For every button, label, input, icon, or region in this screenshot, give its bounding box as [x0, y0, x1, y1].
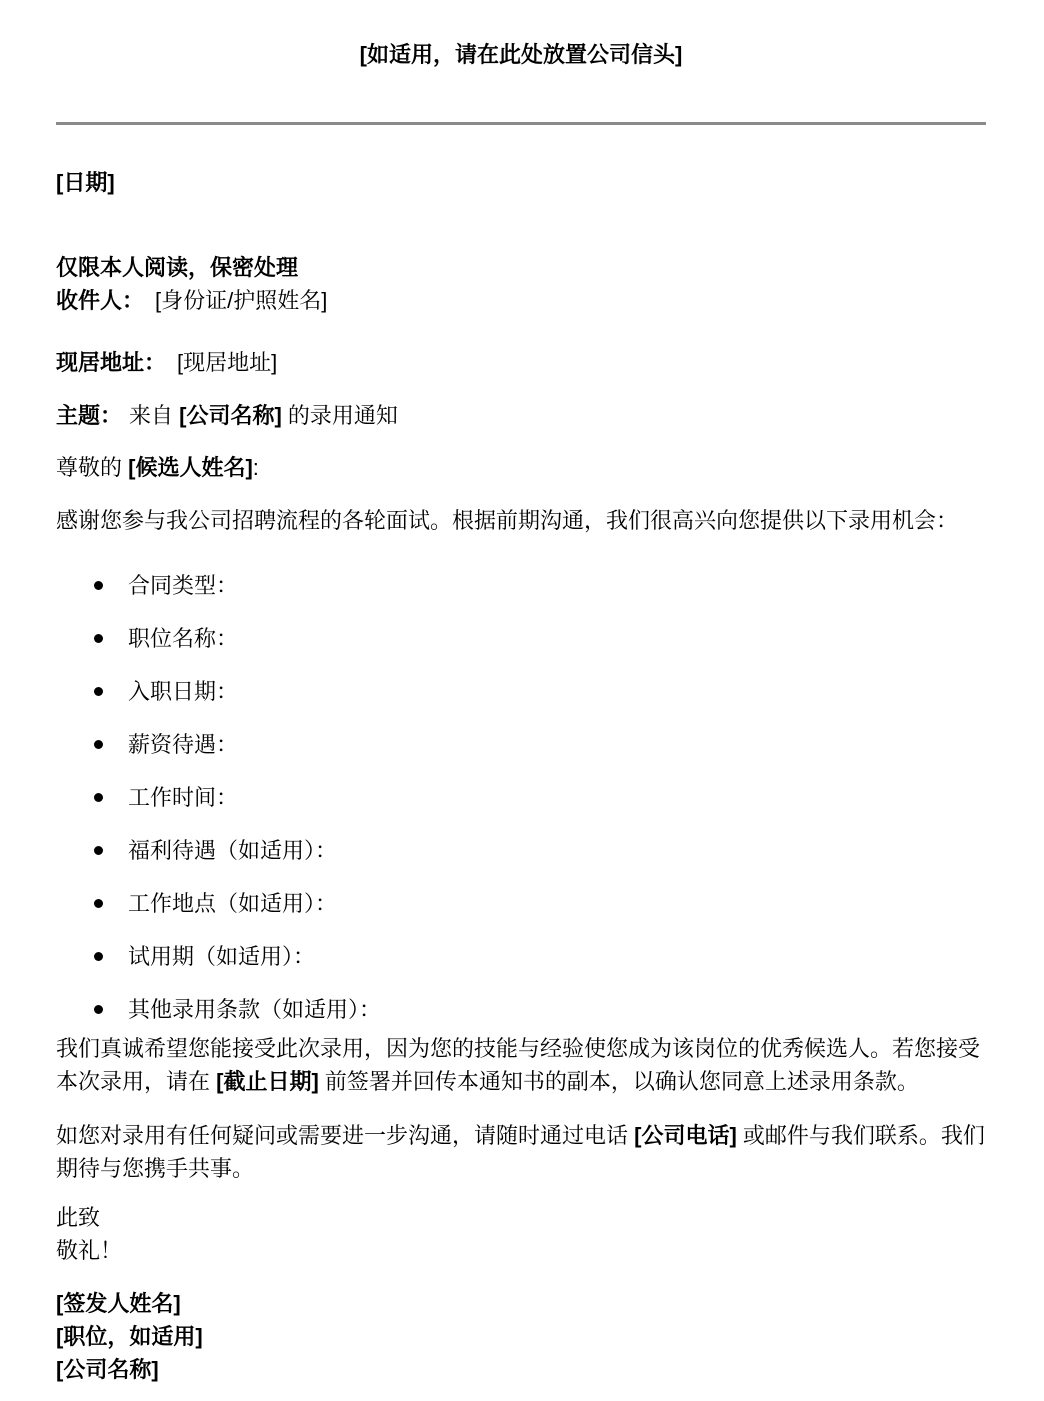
contact-pre-text: 如您对录用有任何疑问或需要进一步沟通，请随时通过电话	[56, 1123, 634, 1148]
intro-paragraph: 感谢您参与我公司招聘流程的各轮面试。根据前期沟通，我们很高兴向您提供以下录用机会…	[56, 504, 986, 537]
offer-item-benefits: 福利待遇（如适用）：	[56, 834, 986, 867]
offer-item-label: 福利待遇（如适用）：	[128, 834, 337, 867]
address-placeholder: [现居地址]	[177, 350, 277, 375]
confidentiality-text: 仅限本人阅读，保密处理	[56, 255, 298, 280]
bullet-icon	[94, 1005, 103, 1014]
acceptance-post-text: 前签署并回传本通知书的副本，以确认您同意上述录用条款。	[319, 1069, 919, 1094]
address-label: 现居地址：	[56, 350, 166, 375]
offer-item-label: 入职日期：	[128, 675, 238, 708]
signer-company-placeholder: [公司名称]	[56, 1353, 986, 1386]
offer-item-label: 工作时间：	[128, 781, 238, 814]
offer-item-working-hours: 工作时间：	[56, 781, 986, 814]
company-name-placeholder: [公司名称]	[179, 403, 282, 428]
bullet-icon	[94, 846, 103, 855]
bullet-icon	[94, 634, 103, 643]
salutation-line: 尊敬的 [候选人姓名]:	[56, 451, 986, 484]
bullet-icon	[94, 952, 103, 961]
recipient-block: 仅限本人阅读，保密处理 收件人：[身份证/护照姓名]	[56, 251, 986, 317]
subject-line: 主题：来自 [公司名称] 的录用通知	[56, 399, 986, 432]
offer-item-label: 薪资待遇：	[128, 728, 238, 761]
header-divider	[56, 122, 986, 125]
deadline-placeholder: [截止日期]	[216, 1069, 319, 1094]
offer-item-label: 试用期（如适用）：	[128, 940, 315, 973]
recipient-line: 收件人：[身份证/护照姓名]	[56, 284, 986, 317]
closing-line-cizhi: 此致	[56, 1201, 986, 1234]
offer-item-label: 工作地点（如适用）：	[128, 887, 337, 920]
subject-post-text: 的录用通知	[282, 403, 398, 428]
salutation-pre-text: 尊敬的	[56, 455, 128, 480]
signature-block: [签发人姓名] [职位，如适用] [公司名称]	[56, 1287, 986, 1386]
salutation-colon: :	[253, 455, 259, 480]
letterhead-placeholder: [如适用，请在此处放置公司信头]	[56, 38, 986, 71]
offer-item-label: 职位名称：	[128, 622, 238, 655]
date-placeholder: [日期]	[56, 166, 986, 199]
acceptance-paragraph: 我们真诚希望您能接受此次录用，因为您的技能与经验使您成为该岗位的优秀候选人。若您…	[56, 1032, 986, 1098]
candidate-name-placeholder: [候选人姓名]	[128, 455, 253, 480]
offer-item-contract-type: 合同类型：	[56, 569, 986, 602]
closing-line-jingli: 敬礼！	[56, 1234, 986, 1267]
bullet-icon	[94, 687, 103, 696]
company-phone-placeholder: [公司电话]	[634, 1123, 737, 1148]
offer-letter-page: [如适用，请在此处放置公司信头] [日期] 仅限本人阅读，保密处理 收件人：[身…	[0, 0, 1044, 1401]
bullet-icon	[94, 581, 103, 590]
offer-item-job-title: 职位名称：	[56, 622, 986, 655]
signer-title-placeholder: [职位，如适用]	[56, 1320, 986, 1353]
offer-item-label: 合同类型：	[128, 569, 238, 602]
confidentiality-note: 仅限本人阅读，保密处理	[56, 251, 986, 284]
offer-item-start-date: 入职日期：	[56, 675, 986, 708]
offer-item-label: 其他录用条款（如适用）：	[128, 993, 381, 1026]
address-line: 现居地址：[现居地址]	[56, 346, 986, 379]
subject-label: 主题：	[56, 403, 122, 428]
bullet-icon	[94, 793, 103, 802]
bullet-icon	[94, 899, 103, 908]
offer-item-probation: 试用期（如适用）：	[56, 940, 986, 973]
bullet-icon	[94, 740, 103, 749]
offer-item-other-terms: 其他录用条款（如适用）：	[56, 993, 986, 1026]
closing-block: 此致 敬礼！	[56, 1201, 986, 1267]
offer-item-salary: 薪资待遇：	[56, 728, 986, 761]
offer-item-work-location: 工作地点（如适用）：	[56, 887, 986, 920]
contact-paragraph: 如您对录用有任何疑问或需要进一步沟通，请随时通过电话 [公司电话] 或邮件与我们…	[56, 1119, 986, 1185]
signer-name-placeholder: [签发人姓名]	[56, 1287, 986, 1320]
offer-terms-list: 合同类型： 职位名称： 入职日期： 薪资待遇： 工作时间： 福利待遇（如适用）：…	[56, 569, 986, 1026]
recipient-name-placeholder: [身份证/护照姓名]	[155, 288, 327, 313]
recipient-label: 收件人：	[56, 288, 144, 313]
subject-pre-text: 来自	[129, 403, 179, 428]
